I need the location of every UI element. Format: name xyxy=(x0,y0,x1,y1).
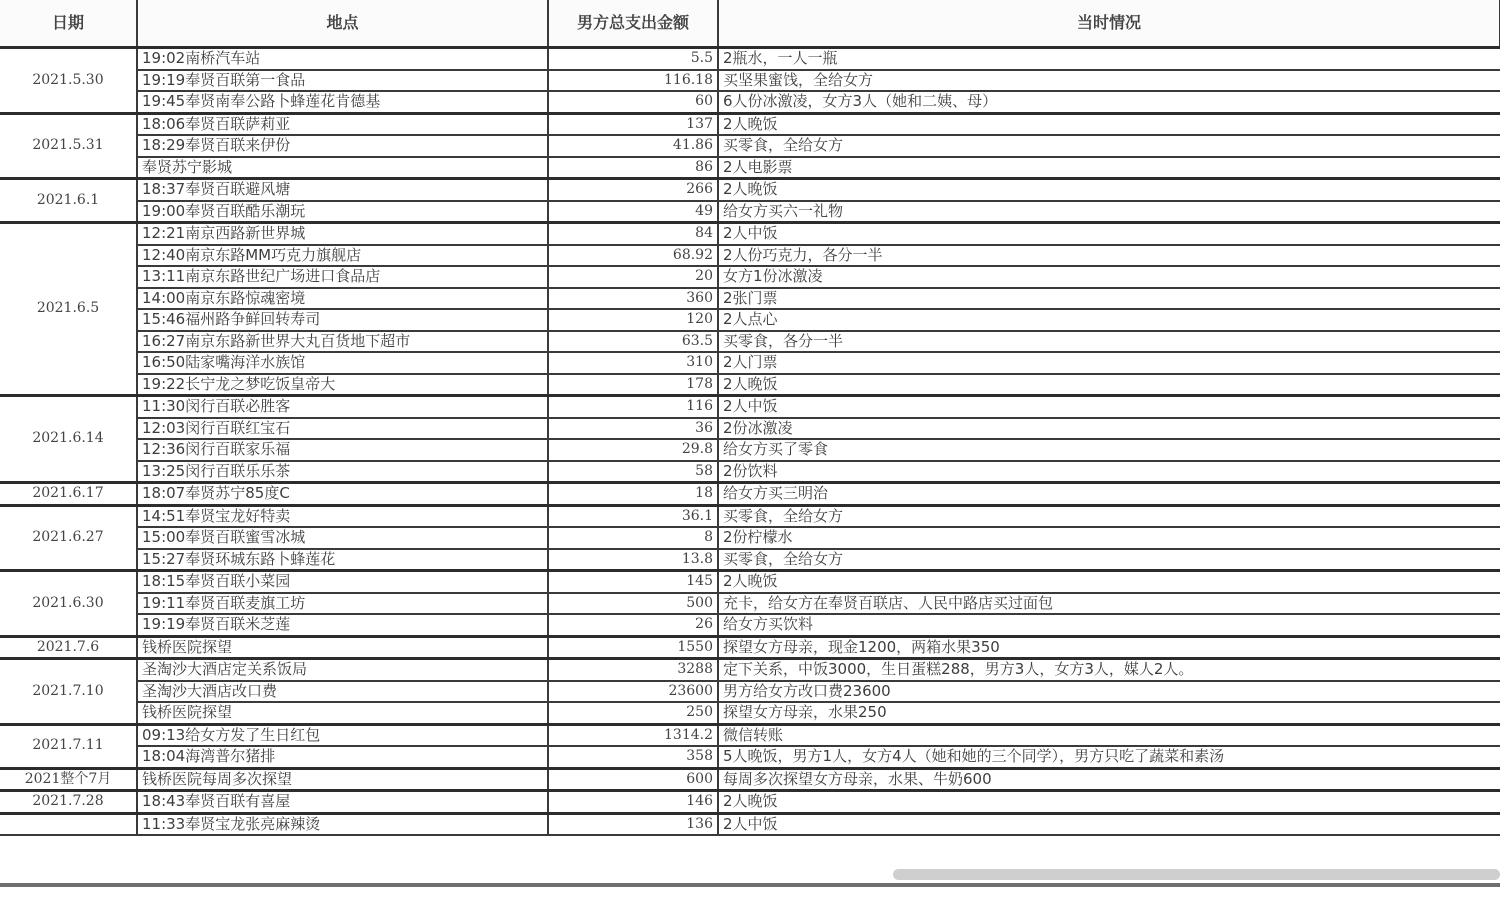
situation-cell[interactable]: 2张门票 xyxy=(718,288,1500,310)
table-row: 钱桥医院探望250探望女方母亲，水果250 xyxy=(0,702,1500,724)
table-row: 2021.5.3019:02南桥汽车站5.52瓶水，一人一瓶 xyxy=(0,48,1500,70)
place-cell[interactable]: 11:30闵行百联必胜客 xyxy=(137,396,548,418)
amount-cell[interactable]: 145 xyxy=(548,571,718,593)
situation-cell[interactable]: 给女方买六一礼物 xyxy=(718,201,1500,223)
situation-cell[interactable]: 微信转账 xyxy=(718,724,1500,746)
date-cell[interactable]: 2021.6.14 xyxy=(0,396,137,483)
amount-cell[interactable]: 3288 xyxy=(548,659,718,681)
place-cell[interactable]: 15:46福州路争鲜回转寿司 xyxy=(137,309,548,331)
place-cell[interactable]: 钱桥医院每周多次探望 xyxy=(137,768,548,791)
place-cell[interactable]: 18:37奉贤百联避风塘 xyxy=(137,179,548,201)
situation-cell[interactable]: 2份柠檬水 xyxy=(718,527,1500,549)
header-date[interactable]: 日期 xyxy=(0,0,137,48)
amount-cell[interactable]: 23600 xyxy=(548,681,718,703)
situation-cell[interactable]: 买零食，全给女方 xyxy=(718,549,1500,571)
place-cell[interactable]: 18:06奉贤百联萨莉亚 xyxy=(137,113,548,135)
date-cell[interactable]: 2021.6.17 xyxy=(0,483,137,506)
amount-cell[interactable]: 58 xyxy=(548,461,718,483)
amount-cell[interactable]: 360 xyxy=(548,288,718,310)
place-cell[interactable]: 奉贤苏宁影城 xyxy=(137,157,548,179)
amount-cell[interactable]: 178 xyxy=(548,374,718,396)
header-row: 日期 地点 男方总支出金额 当时情况 xyxy=(0,0,1500,48)
amount-cell[interactable]: 36.1 xyxy=(548,505,718,527)
amount-cell[interactable]: 8 xyxy=(548,527,718,549)
amount-cell[interactable]: 1314.2 xyxy=(548,724,718,746)
amount-cell[interactable]: 137 xyxy=(548,113,718,135)
situation-cell[interactable]: 给女方买了零食 xyxy=(718,439,1500,461)
situation-cell[interactable]: 充卡，给女方在奉贤百联店、人民中路店买过面包 xyxy=(718,593,1500,615)
expense-table: 日期 地点 男方总支出金额 当时情况 2021.5.3019:02南桥汽车站5.… xyxy=(0,0,1500,836)
freeze-pane-divider xyxy=(0,883,1500,887)
table-row: 2021.7.1109:13给女方发了生日红包1314.2微信转账 xyxy=(0,724,1500,746)
place-cell[interactable]: 19:45奉贤南奉公路卜蜂莲花肯德基 xyxy=(137,91,548,113)
place-cell[interactable]: 圣淘沙大酒店定关系饭局 xyxy=(137,659,548,681)
amount-cell[interactable]: 63.5 xyxy=(548,331,718,353)
place-cell[interactable]: 圣淘沙大酒店改口费 xyxy=(137,681,548,703)
place-cell[interactable]: 18:15奉贤百联小菜园 xyxy=(137,571,548,593)
amount-cell[interactable]: 310 xyxy=(548,352,718,374)
place-cell[interactable]: 钱桥医院探望 xyxy=(137,702,548,724)
table-row: 15:46福州路争鲜回转寿司1202人点心 xyxy=(0,309,1500,331)
situation-cell[interactable]: 2人晚饭 xyxy=(718,374,1500,396)
table-row: 11:33奉贤宝龙张亮麻辣烫1362人中饭 xyxy=(0,813,1500,835)
amount-cell[interactable]: 36 xyxy=(548,418,718,440)
date-cell[interactable]: 2021.6.27 xyxy=(0,505,137,571)
table-row: 2021.7.6钱桥医院探望1550探望女方母亲，现金1200，两箱水果350 xyxy=(0,636,1500,659)
place-cell[interactable]: 18:29奉贤百联来伊份 xyxy=(137,135,548,157)
place-cell[interactable]: 12:21南京西路新世界城 xyxy=(137,223,548,245)
table-row: 2021.6.1718:07奉贤苏宁85度C18给女方买三明治 xyxy=(0,483,1500,506)
amount-cell[interactable]: 13.8 xyxy=(548,549,718,571)
date-cell[interactable]: 2021.6.30 xyxy=(0,571,137,637)
date-cell[interactable]: 2021.5.31 xyxy=(0,113,137,179)
situation-cell[interactable]: 每周多次探望女方母亲，水果、牛奶600 xyxy=(718,768,1500,791)
date-cell[interactable]: 2021.7.6 xyxy=(0,636,137,659)
situation-cell[interactable]: 女方1份冰激凌 xyxy=(718,266,1500,288)
table-row: 19:11奉贤百联麦旗工坊500充卡，给女方在奉贤百联店、人民中路店买过面包 xyxy=(0,593,1500,615)
date-cell[interactable]: 2021整个7月 xyxy=(0,768,137,791)
amount-cell[interactable]: 68.92 xyxy=(548,245,718,267)
table-row: 12:03闵行百联红宝石362份冰激凌 xyxy=(0,418,1500,440)
date-cell[interactable]: 2021.7.10 xyxy=(0,659,137,725)
amount-cell[interactable]: 500 xyxy=(548,593,718,615)
table-row: 2021.7.10圣淘沙大酒店定关系饭局3288定下关系，中饭3000，生日蛋糕… xyxy=(0,659,1500,681)
table-row: 12:40南京东路MM巧克力旗舰店68.922人份巧克力，各分一半 xyxy=(0,245,1500,267)
place-cell[interactable]: 11:33奉贤宝龙张亮麻辣烫 xyxy=(137,813,548,835)
amount-cell[interactable]: 60 xyxy=(548,91,718,113)
place-cell[interactable]: 15:00奉贤百联蜜雪冰城 xyxy=(137,527,548,549)
amount-cell[interactable]: 26 xyxy=(548,614,718,636)
table-row: 19:00奉贤百联酷乐潮玩49给女方买六一礼物 xyxy=(0,201,1500,223)
situation-cell[interactable]: 2人晚饭 xyxy=(718,571,1500,593)
place-cell[interactable]: 19:19奉贤百联第一食品 xyxy=(137,70,548,92)
table-row: 14:00南京东路惊魂密境3602张门票 xyxy=(0,288,1500,310)
table-row: 13:25闵行百联乐乐茶582份饮料 xyxy=(0,461,1500,483)
place-cell[interactable]: 09:13给女方发了生日红包 xyxy=(137,724,548,746)
place-cell[interactable]: 13:11南京东路世纪广场进口食品店 xyxy=(137,266,548,288)
date-cell[interactable]: 2021.6.1 xyxy=(0,179,137,223)
place-cell[interactable]: 12:03闵行百联红宝石 xyxy=(137,418,548,440)
situation-cell[interactable]: 2人中饭 xyxy=(718,813,1500,835)
amount-cell[interactable]: 136 xyxy=(548,813,718,835)
header-amount[interactable]: 男方总支出金额 xyxy=(548,0,718,48)
place-cell[interactable]: 19:00奉贤百联酷乐潮玩 xyxy=(137,201,548,223)
amount-cell[interactable]: 358 xyxy=(548,746,718,768)
place-cell[interactable]: 钱桥医院探望 xyxy=(137,636,548,659)
situation-cell[interactable]: 2人晚饭 xyxy=(718,791,1500,814)
date-cell[interactable]: 2021.6.5 xyxy=(0,223,137,396)
table-row: 2021.6.512:21南京西路新世界城842人中饭 xyxy=(0,223,1500,245)
situation-cell[interactable]: 6人份冰激凌，女方3人（她和二姨、母） xyxy=(718,91,1500,113)
table-row: 圣淘沙大酒店改口费23600男方给女方改口费23600 xyxy=(0,681,1500,703)
amount-cell[interactable]: 84 xyxy=(548,223,718,245)
header-place[interactable]: 地点 xyxy=(137,0,548,48)
date-cell[interactable]: 2021.5.30 xyxy=(0,48,137,114)
situation-cell[interactable]: 2人晚饭 xyxy=(718,179,1500,201)
situation-cell[interactable]: 5人晚饭，男方1人，女方4人（她和她的三个同学），男方只吃了蔬菜和素汤 xyxy=(718,746,1500,768)
amount-cell[interactable]: 18 xyxy=(548,483,718,506)
amount-cell[interactable]: 266 xyxy=(548,179,718,201)
amount-cell[interactable]: 600 xyxy=(548,768,718,791)
table-row: 16:27南京东路新世界大丸百货地下超市63.5买零食，各分一半 xyxy=(0,331,1500,353)
place-cell[interactable]: 19:11奉贤百联麦旗工坊 xyxy=(137,593,548,615)
situation-cell[interactable]: 2人点心 xyxy=(718,309,1500,331)
situation-cell[interactable]: 给女方买饮料 xyxy=(718,614,1500,636)
table-row: 18:29奉贤百联来伊份41.86买零食，全给女方 xyxy=(0,135,1500,157)
amount-cell[interactable]: 146 xyxy=(548,791,718,814)
table-row: 19:19奉贤百联米芝莲26给女方买饮料 xyxy=(0,614,1500,636)
place-cell[interactable]: 14:51奉贤宝龙好特卖 xyxy=(137,505,548,527)
table-row: 2021整个7月钱桥医院每周多次探望600每周多次探望女方母亲，水果、牛奶600 xyxy=(0,768,1500,791)
table-row: 12:36闵行百联家乐福29.8给女方买了零食 xyxy=(0,439,1500,461)
place-cell[interactable]: 18:07奉贤苏宁85度C xyxy=(137,483,548,506)
place-cell[interactable]: 19:22长宁龙之梦吃饭皇帝大 xyxy=(137,374,548,396)
place-cell[interactable]: 14:00南京东路惊魂密境 xyxy=(137,288,548,310)
amount-cell[interactable]: 49 xyxy=(548,201,718,223)
horizontal-scrollbar[interactable] xyxy=(893,869,1500,880)
table-row: 18:04海湾普尔猪排3585人晚饭，男方1人，女方4人（她和她的三个同学），男… xyxy=(0,746,1500,768)
situation-cell[interactable]: 买零食，各分一半 xyxy=(718,331,1500,353)
table-row: 19:45奉贤南奉公路卜蜂莲花肯德基606人份冰激凌，女方3人（她和二姨、母） xyxy=(0,91,1500,113)
table-row: 19:19奉贤百联第一食品116.18买坚果蜜饯，全给女方 xyxy=(0,70,1500,92)
table-row: 2021.6.3018:15奉贤百联小菜园1452人晚饭 xyxy=(0,571,1500,593)
situation-cell[interactable]: 男方给女方改口费23600 xyxy=(718,681,1500,703)
table-row: 2021.6.1411:30闵行百联必胜客1162人中饭 xyxy=(0,396,1500,418)
amount-cell[interactable]: 86 xyxy=(548,157,718,179)
place-cell[interactable]: 19:02南桥汽车站 xyxy=(137,48,548,70)
date-cell[interactable]: 2021.7.11 xyxy=(0,724,137,768)
place-cell[interactable]: 16:27南京东路新世界大丸百货地下超市 xyxy=(137,331,548,353)
situation-cell[interactable]: 2人电影票 xyxy=(718,157,1500,179)
place-cell[interactable]: 15:27奉贤环城东路卜蜂莲花 xyxy=(137,549,548,571)
expense-spreadsheet: 日期 地点 男方总支出金额 当时情况 2021.5.3019:02南桥汽车站5.… xyxy=(0,0,1500,836)
table-row: 19:22长宁龙之梦吃饭皇帝大1782人晚饭 xyxy=(0,374,1500,396)
place-cell[interactable]: 18:04海湾普尔猪排 xyxy=(137,746,548,768)
situation-cell[interactable]: 2人中饭 xyxy=(718,396,1500,418)
situation-cell[interactable]: 买零食，全给女方 xyxy=(718,505,1500,527)
date-cell[interactable]: 2021.7.28 xyxy=(0,791,137,814)
date-cell[interactable] xyxy=(0,813,137,835)
amount-cell[interactable]: 29.8 xyxy=(548,439,718,461)
situation-cell[interactable]: 2人份巧克力，各分一半 xyxy=(718,245,1500,267)
amount-cell[interactable]: 5.5 xyxy=(548,48,718,70)
place-cell[interactable]: 16:50陆家嘴海洋水族馆 xyxy=(137,352,548,374)
situation-cell[interactable]: 2份冰激凌 xyxy=(718,418,1500,440)
situation-cell[interactable]: 定下关系，中饭3000，生日蛋糕288，男方3人，女方3人，媒人2人。 xyxy=(718,659,1500,681)
table-row: 2021.5.3118:06奉贤百联萨莉亚1372人晚饭 xyxy=(0,113,1500,135)
amount-cell[interactable]: 120 xyxy=(548,309,718,331)
situation-cell[interactable]: 探望女方母亲，水果250 xyxy=(718,702,1500,724)
situation-cell[interactable]: 2瓶水，一人一瓶 xyxy=(718,48,1500,70)
header-situation[interactable]: 当时情况 xyxy=(718,0,1500,48)
place-cell[interactable]: 13:25闵行百联乐乐茶 xyxy=(137,461,548,483)
table-row: 15:27奉贤环城东路卜蜂莲花13.8买零食，全给女方 xyxy=(0,549,1500,571)
situation-cell[interactable]: 2人中饭 xyxy=(718,223,1500,245)
situation-cell[interactable]: 探望女方母亲，现金1200，两箱水果350 xyxy=(718,636,1500,659)
table-row: 13:11南京东路世纪广场进口食品店20女方1份冰激凌 xyxy=(0,266,1500,288)
table-row: 2021.6.118:37奉贤百联避风塘2662人晚饭 xyxy=(0,179,1500,201)
situation-cell[interactable]: 2人晚饭 xyxy=(718,113,1500,135)
table-row: 2021.7.2818:43奉贤百联有喜屋1462人晚饭 xyxy=(0,791,1500,814)
table-body: 2021.5.3019:02南桥汽车站5.52瓶水，一人一瓶19:19奉贤百联第… xyxy=(0,48,1500,836)
amount-cell[interactable]: 20 xyxy=(548,266,718,288)
table-row: 2021.6.2714:51奉贤宝龙好特卖36.1买零食，全给女方 xyxy=(0,505,1500,527)
place-cell[interactable]: 18:43奉贤百联有喜屋 xyxy=(137,791,548,814)
place-cell[interactable]: 19:19奉贤百联米芝莲 xyxy=(137,614,548,636)
situation-cell[interactable]: 买零食，全给女方 xyxy=(718,135,1500,157)
amount-cell[interactable]: 116.18 xyxy=(548,70,718,92)
amount-cell[interactable]: 250 xyxy=(548,702,718,724)
situation-cell[interactable]: 给女方买三明治 xyxy=(718,483,1500,506)
situation-cell[interactable]: 2人门票 xyxy=(718,352,1500,374)
table-row: 16:50陆家嘴海洋水族馆3102人门票 xyxy=(0,352,1500,374)
place-cell[interactable]: 12:36闵行百联家乐福 xyxy=(137,439,548,461)
situation-cell[interactable]: 买坚果蜜饯，全给女方 xyxy=(718,70,1500,92)
situation-cell[interactable]: 2份饮料 xyxy=(718,461,1500,483)
amount-cell[interactable]: 41.86 xyxy=(548,135,718,157)
table-row: 奉贤苏宁影城862人电影票 xyxy=(0,157,1500,179)
place-cell[interactable]: 12:40南京东路MM巧克力旗舰店 xyxy=(137,245,548,267)
amount-cell[interactable]: 1550 xyxy=(548,636,718,659)
amount-cell[interactable]: 116 xyxy=(548,396,718,418)
table-row: 15:00奉贤百联蜜雪冰城82份柠檬水 xyxy=(0,527,1500,549)
